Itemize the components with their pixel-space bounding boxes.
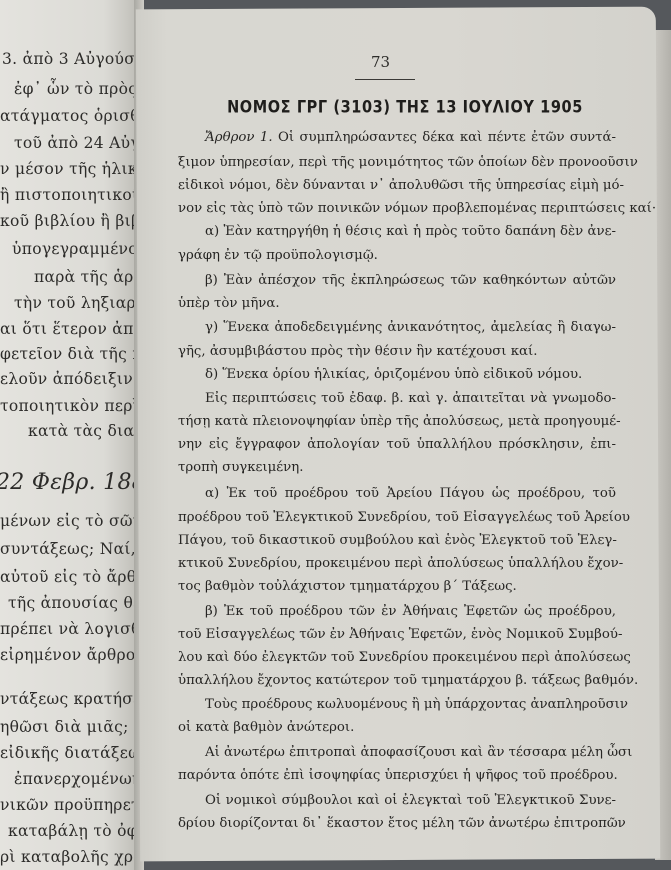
body-text: νον εἰς τὰς ὑπὸ τῶν ποινικῶν νόμων προβλ… <box>178 201 656 216</box>
left-page-line: ἢ πιστοποιητικοῦ γεν <box>0 186 138 204</box>
left-page: 3. ἀπὸ 3 Αὐγούστουἐφ᾽ ὧν τὸ πρὸς σύνατάγ… <box>0 0 138 870</box>
left-page-line: ηθῶσι διὰ μιᾶς; Ναί <box>0 718 138 736</box>
body-text-line: γῆς, ἀσυμβιβάστου πρὸς τὴν θέσιν ἣν κατέ… <box>178 344 616 359</box>
body-text-line: εἰδικοὶ νόμοι, δὲν δύνανται ν᾽ ἀπολυθῶσι… <box>178 178 616 193</box>
body-text: α) Ἐὰν κατηργήθη ἡ θέσις καὶ ἡ πρὸς τοῦτ… <box>205 224 616 239</box>
body-text: ὑπὲρ τὸν μῆνα. <box>178 296 280 311</box>
body-text-line: Ἄρθρον 1. Οἱ συμπληρώσαντες δέκα καὶ πέν… <box>205 130 616 145</box>
body-text-line: νην εἰς ἔγγραφον ἀπολογίαν τοῦ ὑπαλλήλου… <box>178 437 616 452</box>
left-page-line: ὑπογεγραμμένον ὑπ <box>12 240 138 258</box>
body-text-line: Πάγου, τοῦ δικαστικοῦ συμβούλου καὶ ἑνὸς… <box>178 533 616 548</box>
body-text-line: Τοὺς προέδρους κωλυομένους ἢ μὴ ὑπάρχοντ… <box>205 697 616 712</box>
body-text: β) Ἐὰν ἀπέσχον τῆς ἐκπληρώσεως τῶν καθηκ… <box>205 273 616 288</box>
body-text-line: β) Ἐὰν ἀπέσχον τῆς ἐκπληρώσεως τῶν καθηκ… <box>205 273 616 288</box>
page-number: 73 <box>0 53 671 71</box>
body-text-line: Οἱ νομικοὶ σύμβουλοι καὶ οἱ ἐλεγκταὶ τοῦ… <box>205 793 616 808</box>
left-page-line: αι ὅτι ἕτερον ἀποδει <box>0 320 138 338</box>
body-text-line: προέδρου τοῦ Ἐλεγκτικοῦ Συνεδρίου, τοῦ Ε… <box>178 510 616 525</box>
body-text: γῆς, ἀσυμβιβάστου πρὸς τὴν θέσιν ἣν κατέ… <box>178 344 537 359</box>
body-text-line: δρίου διορίζονται δι᾽ ἕκαστον ἔτος μέλη … <box>178 816 616 831</box>
body-text-line: Αἱ ἀνωτέρω ἐπιτροπαὶ ἀποφασίζουσι καὶ ἂν… <box>205 745 616 760</box>
body-text: νην εἰς ἔγγραφον ἀπολογίαν τοῦ ὑπαλλήλου… <box>178 437 616 452</box>
body-text: προέδρου τοῦ Ἐλεγκτικοῦ Συνεδρίου, τοῦ Ε… <box>178 510 630 525</box>
law-title: ΝΟΜΟΣ ΓΡΓ (3103) ΤΗΣ 13 ΙΟΥΛΙΟΥ 1905 <box>175 99 635 117</box>
left-page-line: φετεῖον διὰ τῆς προσ <box>0 345 138 363</box>
body-text: τροπὴ συγκειμένη. <box>178 460 303 475</box>
left-page-line: τῆς ἀπουσίας θεωροῦ <box>8 594 138 612</box>
body-text: Οἱ νομικοὶ σύμβουλοι καὶ οἱ ἐλεγκταὶ τοῦ… <box>205 793 616 808</box>
body-text-line: δ) Ἕνεκα ὁρίου ἡλικίας, ὁριζομένου ὑπὸ ε… <box>205 367 616 382</box>
body-text-line: νον εἰς τὰς ὑπὸ τῶν ποινικῶν νόμων προβλ… <box>178 201 616 216</box>
body-text-line: οἱ κατὰ βαθμὸν ἀνώτεροι. <box>178 720 616 735</box>
left-page-line: πρέπει νὰ λογισθῇ εἰς <box>0 620 138 638</box>
body-text: τοῦ Εἰσαγγελέως τῶν ἐν Ἀθήναις Ἐφετῶν, ἑ… <box>178 627 622 642</box>
body-text: λου καὶ δύο ἐλεγκτῶν τοῦ Συνεδρίου προκε… <box>178 650 631 665</box>
body-text-line: τοῦ Εἰσαγγελέως τῶν ἐν Ἀθήναις Ἐφετῶν, ἑ… <box>178 627 616 642</box>
body-text: κτικοῦ Συνεδρίου, προκειμένου περὶ ἀπολύ… <box>178 556 623 571</box>
body-text: ξιμον ὑπηρεσίαν, περὶ τῆς μονιμότητος τῶ… <box>178 155 638 170</box>
body-text: τήσῃ κατὰ πλειονοψηφίαν ὑπὲρ τῆς ἀπολύσε… <box>178 414 621 429</box>
body-text: α) Ἐκ τοῦ προέδρου τοῦ Ἀρείου Πάγου ὡς π… <box>205 486 616 501</box>
body-text: Τοὺς προέδρους κωλυομένους ἢ μὴ ὑπάρχοντ… <box>205 697 628 712</box>
body-text-line: γ) Ἕνεκα ἀποδεδειγμένης ἀνικανότητος, ἀμ… <box>205 320 616 335</box>
body-text: οἱ κατὰ βαθμὸν ἀνώτεροι. <box>178 720 354 735</box>
body-text: Πάγου, τοῦ δικαστικοῦ συμβούλου καὶ ἑνὸς… <box>178 533 617 548</box>
body-text-line: β) Ἐκ τοῦ προέδρου τῶν ἐν Ἀθήναις Ἐφετῶν… <box>205 604 616 619</box>
body-text-line: παρόντα ὁπότε ἐπὶ ἰσοψηφίας ὑπερισχύει ἡ… <box>178 768 616 783</box>
body-text: παρόντα ὁπότε ἐπὶ ἰσοψηφίας ὑπερισχύει ἡ… <box>178 768 618 783</box>
page-number-rule <box>355 79 415 80</box>
left-page-line: ἐπανερχομένων μὲ δ <box>14 770 138 788</box>
left-page-line: τοποιητικὸν περὶ τῆς <box>0 397 138 415</box>
body-text: Αἱ ἀνωτέρω ἐπιτροπαὶ ἀποφασίζουσι καὶ ἂν… <box>205 745 632 760</box>
left-page-line: αὐτοῦ εἰς τὸ ἄρθρ. 16 <box>0 568 138 586</box>
left-page-line: τοῦ ἀπὸ 24 Αὐγού <box>14 134 138 152</box>
body-text-line: τος βαθμὸν τοὐλάχιστον τμηματάρχου β´ Τά… <box>178 579 616 594</box>
body-text: δ) Ἕνεκα ὁρίου ἡλικίας, ὁριζομένου ὑπὸ ε… <box>205 367 582 382</box>
body-text: εἰδικοὶ νόμοι, δὲν δύνανται ν᾽ ἀπολυθῶσι… <box>178 178 624 193</box>
left-page-line: εἰδικῆς διατάξεως περὶ <box>0 744 138 762</box>
left-page-line: ντάξεως κρατήσεις δὲ <box>0 690 138 708</box>
body-text: δρίου διορίζονται δι᾽ ἕκαστον ἔτος μέλη … <box>178 816 626 831</box>
body-text-line: γράφη ἐν τῷ προϋπολογισμῷ. <box>178 248 616 263</box>
body-text-line: λου καὶ δύο ἐλεγκτῶν τοῦ Συνεδρίου προκε… <box>178 650 616 665</box>
body-text-line: ξιμον ὑπηρεσίαν, περὶ τῆς μονιμότητος τῶ… <box>178 155 616 170</box>
left-page-line: τὴν τοῦ ληξιαρχικοῦ <box>14 294 138 312</box>
left-page-line: ν μέσον τῆς ἡλικίας <box>0 160 138 178</box>
body-text: γ) Ἕνεκα ἀποδεδειγμένης ἀνικανότητος, ἀμ… <box>205 320 616 335</box>
left-page-line: νικῶν προϋπηρετησάν <box>0 796 138 814</box>
body-text: β) Ἐκ τοῦ προέδρου τῶν ἐν Ἀθήναις Ἐφετῶν… <box>205 604 616 619</box>
body-text-line: Εἰς περιπτώσεις τοῦ ἐδαφ. β. καὶ γ. ἀπαι… <box>205 391 616 406</box>
body-text: γράφη ἐν τῷ προϋπολογισμῷ. <box>178 248 378 263</box>
left-page-line: ρὶ καταβολῆς χρέους <box>0 848 138 866</box>
body-text-line: τήσῃ κατὰ πλειονοψηφίαν ὑπὲρ τῆς ἀπολύσε… <box>178 414 616 429</box>
left-page-line: παρὰ τῆς ἁρμοδίας <box>34 268 138 286</box>
left-page-line: συντάξεως; Ναί, διότι <box>0 540 138 558</box>
body-text-line: ὑπὲρ τὸν μῆνα. <box>178 296 616 311</box>
body-text: ὑπαλλήλου ἔχοντος κατώτερον τοῦ τμηματάρ… <box>178 673 638 688</box>
left-page-line: μένων εἰς τὸ σῶμα τῶν <box>0 512 138 530</box>
left-page-line: κατὰ τὰς διατάξεις <box>28 422 138 440</box>
body-text: Εἰς περιπτώσεις τοῦ ἐδαφ. β. καὶ γ. ἀπαι… <box>205 391 616 406</box>
left-page-line: ατάγματος ὁρισθηρ <box>0 107 138 125</box>
left-page-line: ελοῦν ἀπόδειξιν μόνον <box>0 370 138 388</box>
left-page-heading: 22 Φεβρ. 1888. <box>0 470 138 495</box>
article-label: Ἄρθρον 1. <box>205 130 273 145</box>
body-text-line: τροπὴ συγκειμένη. <box>178 460 616 475</box>
body-text: Οἱ συμπληρώσαντες δέκα καὶ πέντε ἐτῶν συ… <box>273 130 616 145</box>
body-text-line: ὑπαλλήλου ἔχοντος κατώτερον τοῦ τμηματάρ… <box>178 673 616 688</box>
body-text-line: α) Ἐκ τοῦ προέδρου τοῦ Ἀρείου Πάγου ὡς π… <box>205 486 616 501</box>
left-page-line: εἰρημένον ἄρθρον 15 <box>0 646 138 664</box>
body-text-line: α) Ἐὰν κατηργήθη ἡ θέσις καὶ ἡ πρὸς τοῦτ… <box>205 224 616 239</box>
left-page-line: κοῦ βιβλίου ἢ βιβλίου <box>0 212 138 230</box>
body-text-line: κτικοῦ Συνεδρίου, προκειμένου περὶ ἀπολύ… <box>178 556 616 571</box>
left-page-line: καταβάλῃ τὸ ὀφειλ <box>8 822 138 840</box>
left-page-line: ἐφ᾽ ὧν τὸ πρὸς σύν <box>14 80 138 98</box>
body-text: τος βαθμὸν τοὐλάχιστον τμηματάρχου β´ Τά… <box>178 579 517 594</box>
